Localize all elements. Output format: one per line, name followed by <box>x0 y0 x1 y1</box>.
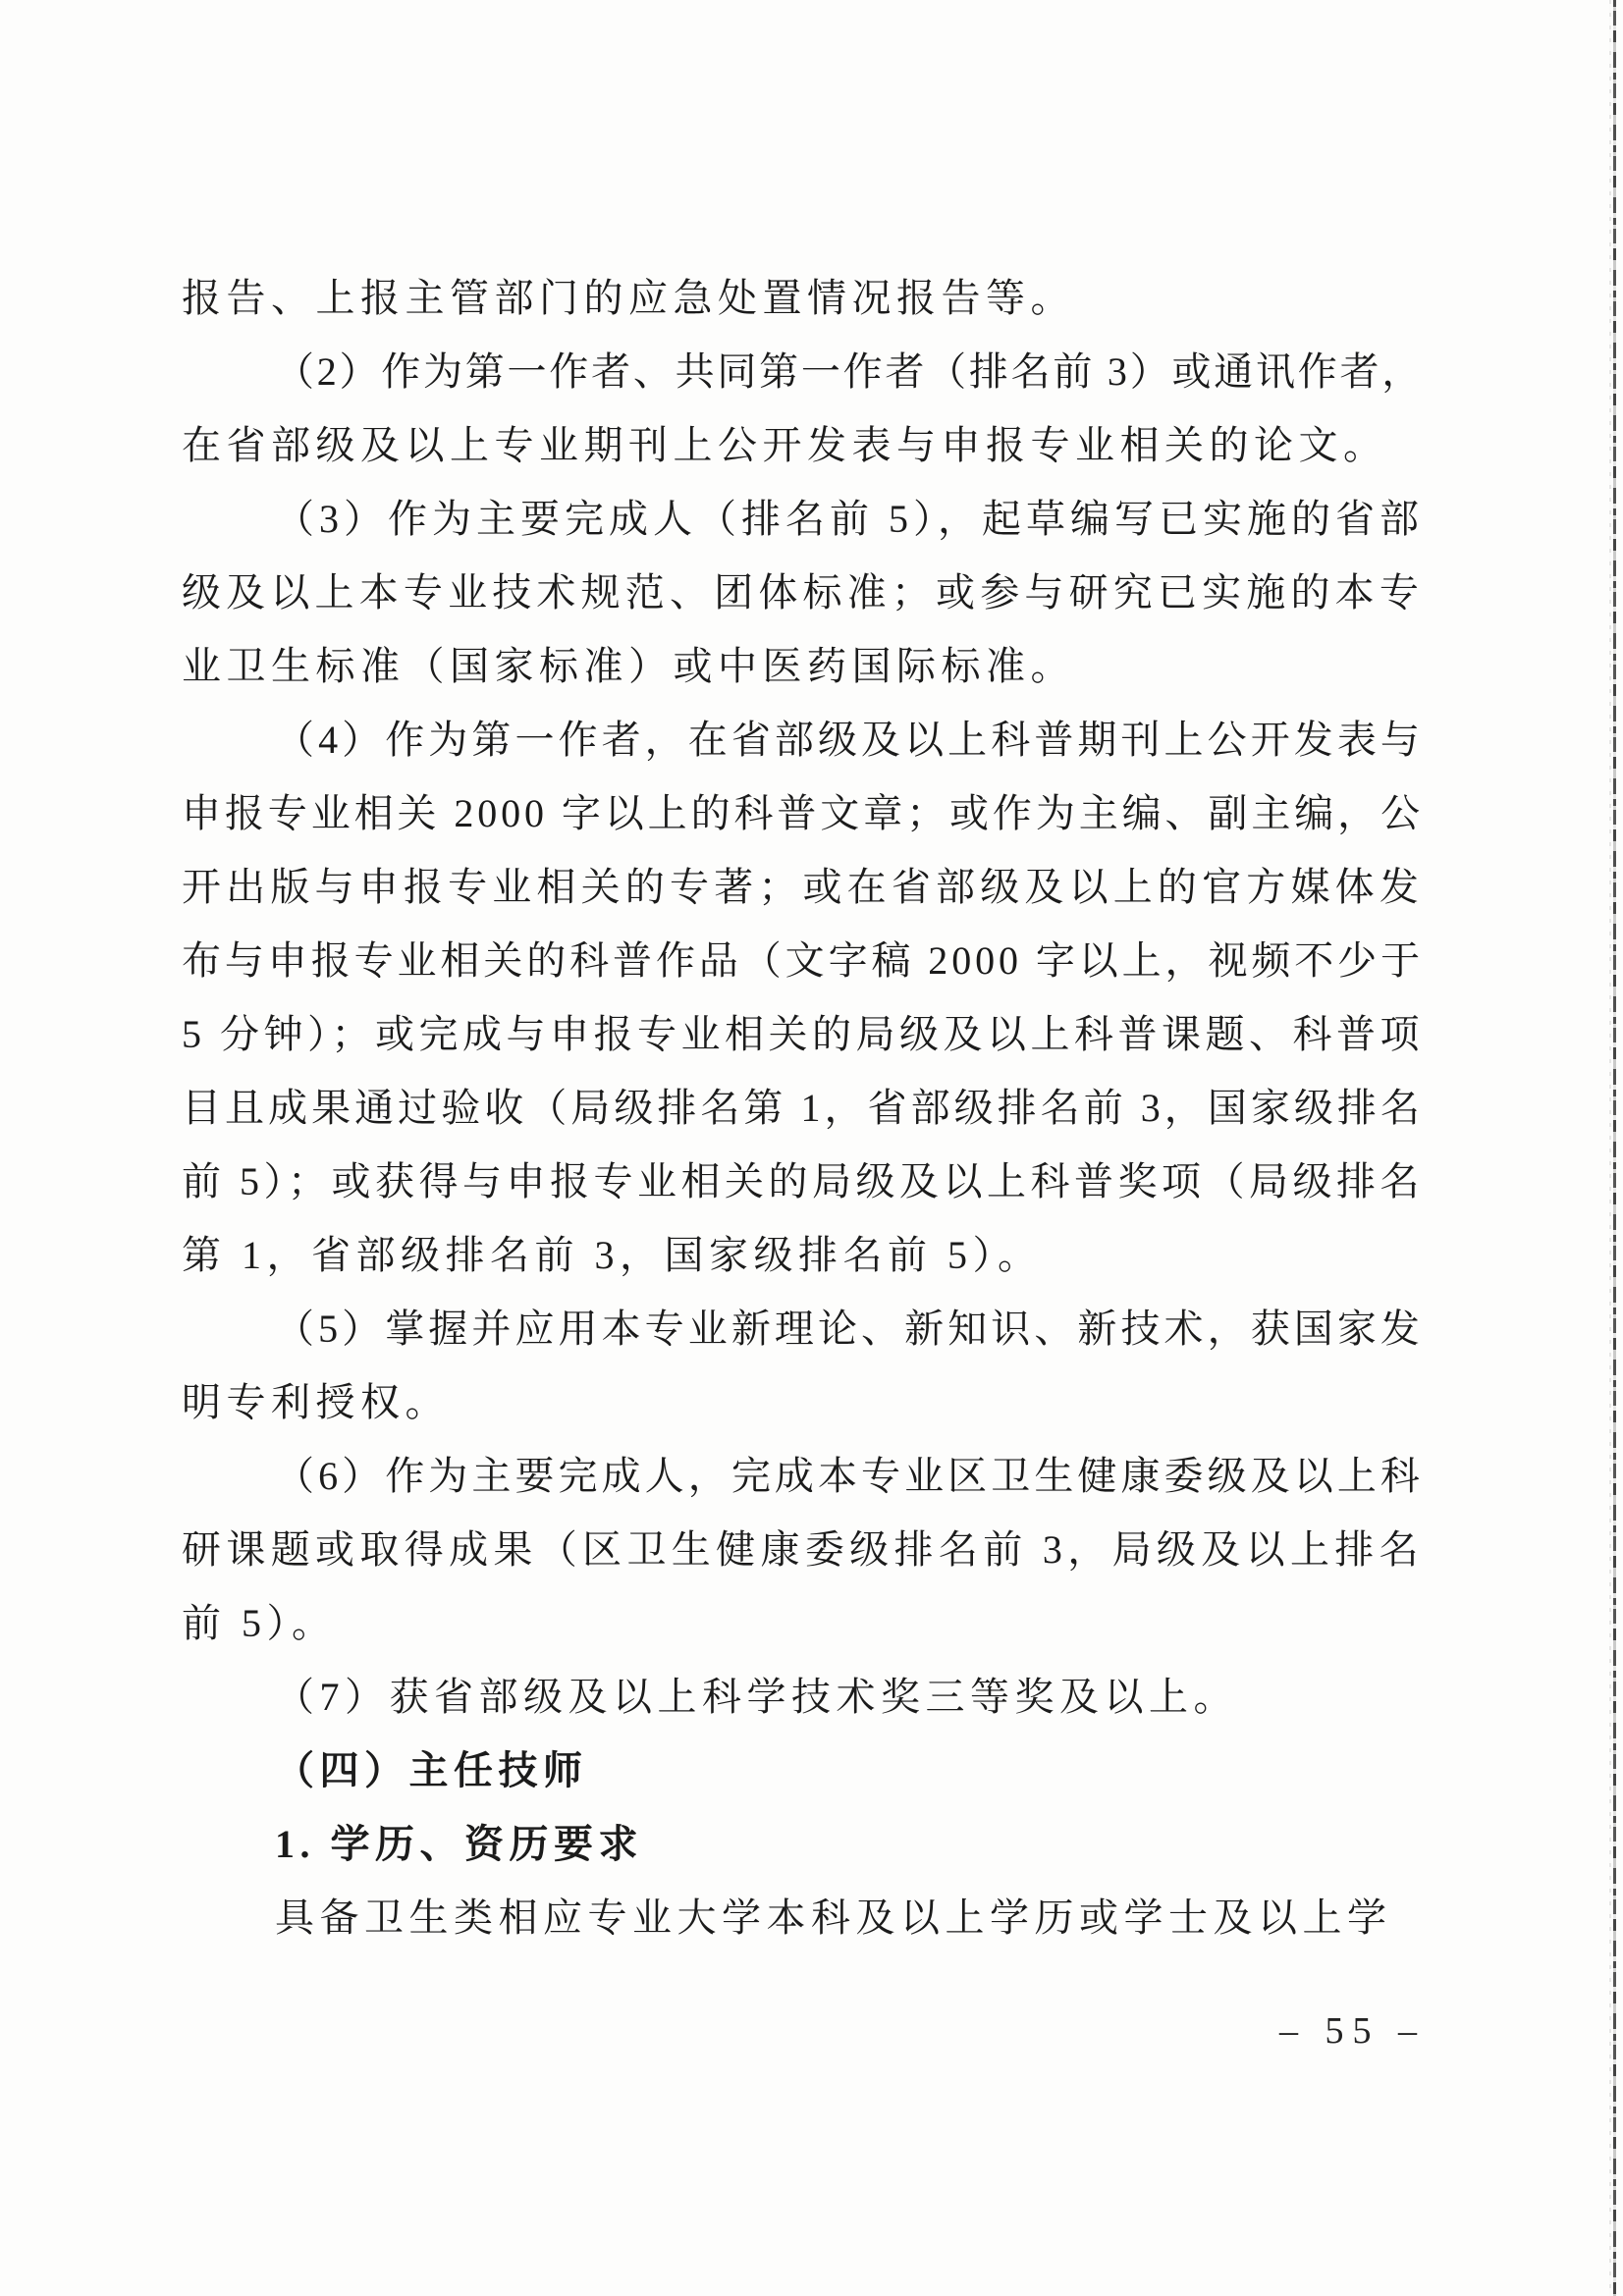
text-line-content: （四）主任技师 <box>275 1748 588 1792</box>
text-line-content: 目且成果通过验收（局级排名第 1，省部级排名前 3，国家级排名 <box>182 1086 1424 1130</box>
document-body: 报告、上报主管部门的应急处置情况报告等。（2）作为第一作者、共同第一作者（排名前… <box>182 261 1424 1954</box>
text-line: 布与申报专业相关的科普作品（文字稿 2000 字以上，视频不少于 <box>182 924 1424 997</box>
text-line: （5）掌握并应用本专业新理论、新知识、新技术，获国家发 <box>182 1292 1424 1365</box>
text-line-content: 前 5）；或获得与申报专业相关的局级及以上科普奖项（局级排名 <box>182 1159 1424 1203</box>
text-line-content: 业卫生标准（国家标准）或中医药国际标准。 <box>182 644 1075 688</box>
text-line: 具备卫生类相应专业大学本科及以上学历或学士及以上学 <box>182 1881 1424 1954</box>
text-line-content: （2）作为第一作者、共同第一作者（排名前 3）或通讯作者， <box>275 349 1424 394</box>
scan-edge-artifact <box>1613 0 1616 2296</box>
text-line-content: 具备卫生类相应专业大学本科及以上学历或学士及以上学 <box>275 1896 1392 1940</box>
text-line: 前 5）；或获得与申报专业相关的局级及以上科普奖项（局级排名 <box>182 1145 1424 1218</box>
text-line: 目且成果通过验收（局级排名第 1，省部级排名前 3，国家级排名 <box>182 1071 1424 1145</box>
text-line: 在省部级及以上专业期刊上公开发表与申报专业相关的论文。 <box>182 408 1424 482</box>
text-line: 1. 学历、资历要求 <box>182 1807 1424 1881</box>
text-line-content: 第 1，省部级排名前 3，国家级排名前 5）。 <box>182 1233 1043 1277</box>
text-line: （2）作为第一作者、共同第一作者（排名前 3）或通讯作者， <box>182 335 1424 408</box>
text-line: 前 5）。 <box>182 1586 1424 1660</box>
scan-edge-artifact-soft <box>1609 0 1611 2296</box>
text-line: 业卫生标准（国家标准）或中医药国际标准。 <box>182 629 1424 703</box>
scanned-page: 报告、上报主管部门的应急处置情况报告等。（2）作为第一作者、共同第一作者（排名前… <box>0 0 1623 2296</box>
text-line-content: 1. 学历、资历要求 <box>275 1822 643 1866</box>
text-line-content: 前 5）。 <box>182 1601 337 1645</box>
text-line: 报告、上报主管部门的应急处置情况报告等。 <box>182 261 1424 335</box>
text-line: 研课题或取得成果（区卫生健康委级排名前 3，局级及以上排名 <box>182 1513 1424 1586</box>
text-line: 申报专业相关 2000 字以上的科普文章；或作为主编、副主编，公 <box>182 776 1424 850</box>
text-line-content: 级及以上本专业技术规范、团体标准；或参与研究已实施的本专 <box>182 570 1424 614</box>
text-line: （6）作为主要完成人，完成本专业区卫生健康委级及以上科 <box>182 1439 1424 1513</box>
text-line-content: 明专利授权。 <box>182 1380 450 1424</box>
text-line-content: （4）作为第一作者，在省部级及以上科普期刊上公开发表与 <box>275 718 1424 762</box>
text-line-content: 布与申报专业相关的科普作品（文字稿 2000 字以上，视频不少于 <box>182 938 1424 983</box>
text-line-content: （7）获省部级及以上科学技术奖三等奖及以上。 <box>275 1675 1238 1719</box>
text-line: （7）获省部级及以上科学技术奖三等奖及以上。 <box>182 1660 1424 1734</box>
text-line: 明专利授权。 <box>182 1365 1424 1439</box>
text-line: （3）作为主要完成人（排名前 5），起草编写已实施的省部 <box>182 482 1424 556</box>
text-line: 级及以上本专业技术规范、团体标准；或参与研究已实施的本专 <box>182 556 1424 629</box>
text-line-content: （6）作为主要完成人，完成本专业区卫生健康委级及以上科 <box>275 1454 1424 1498</box>
text-line: 5 分钟）；或完成与申报专业相关的局级及以上科普课题、科普项 <box>182 997 1424 1071</box>
page-number: – 55 – <box>1279 2006 1426 2056</box>
text-line-content: 在省部级及以上专业期刊上公开发表与申报专业相关的论文。 <box>182 423 1388 467</box>
text-line: （4）作为第一作者，在省部级及以上科普期刊上公开发表与 <box>182 703 1424 776</box>
text-line: 开出版与申报专业相关的专著；或在省部级及以上的官方媒体发 <box>182 850 1424 924</box>
text-line-content: （5）掌握并应用本专业新理论、新知识、新技术，获国家发 <box>275 1307 1424 1351</box>
text-line: 第 1，省部级排名前 3，国家级排名前 5）。 <box>182 1218 1424 1292</box>
text-line-content: （3）作为主要完成人（排名前 5），起草编写已实施的省部 <box>275 497 1424 541</box>
text-line-content: 报告、上报主管部门的应急处置情况报告等。 <box>182 276 1075 320</box>
text-line-content: 研课题或取得成果（区卫生健康委级排名前 3，局级及以上排名 <box>182 1527 1424 1572</box>
text-line-content: 申报专业相关 2000 字以上的科普文章；或作为主编、副主编，公 <box>182 791 1424 835</box>
text-line-content: 5 分钟）；或完成与申报专业相关的局级及以上科普课题、科普项 <box>182 1012 1424 1056</box>
text-line-content: 开出版与申报专业相关的专著；或在省部级及以上的官方媒体发 <box>182 865 1424 909</box>
text-line: （四）主任技师 <box>182 1734 1424 1807</box>
